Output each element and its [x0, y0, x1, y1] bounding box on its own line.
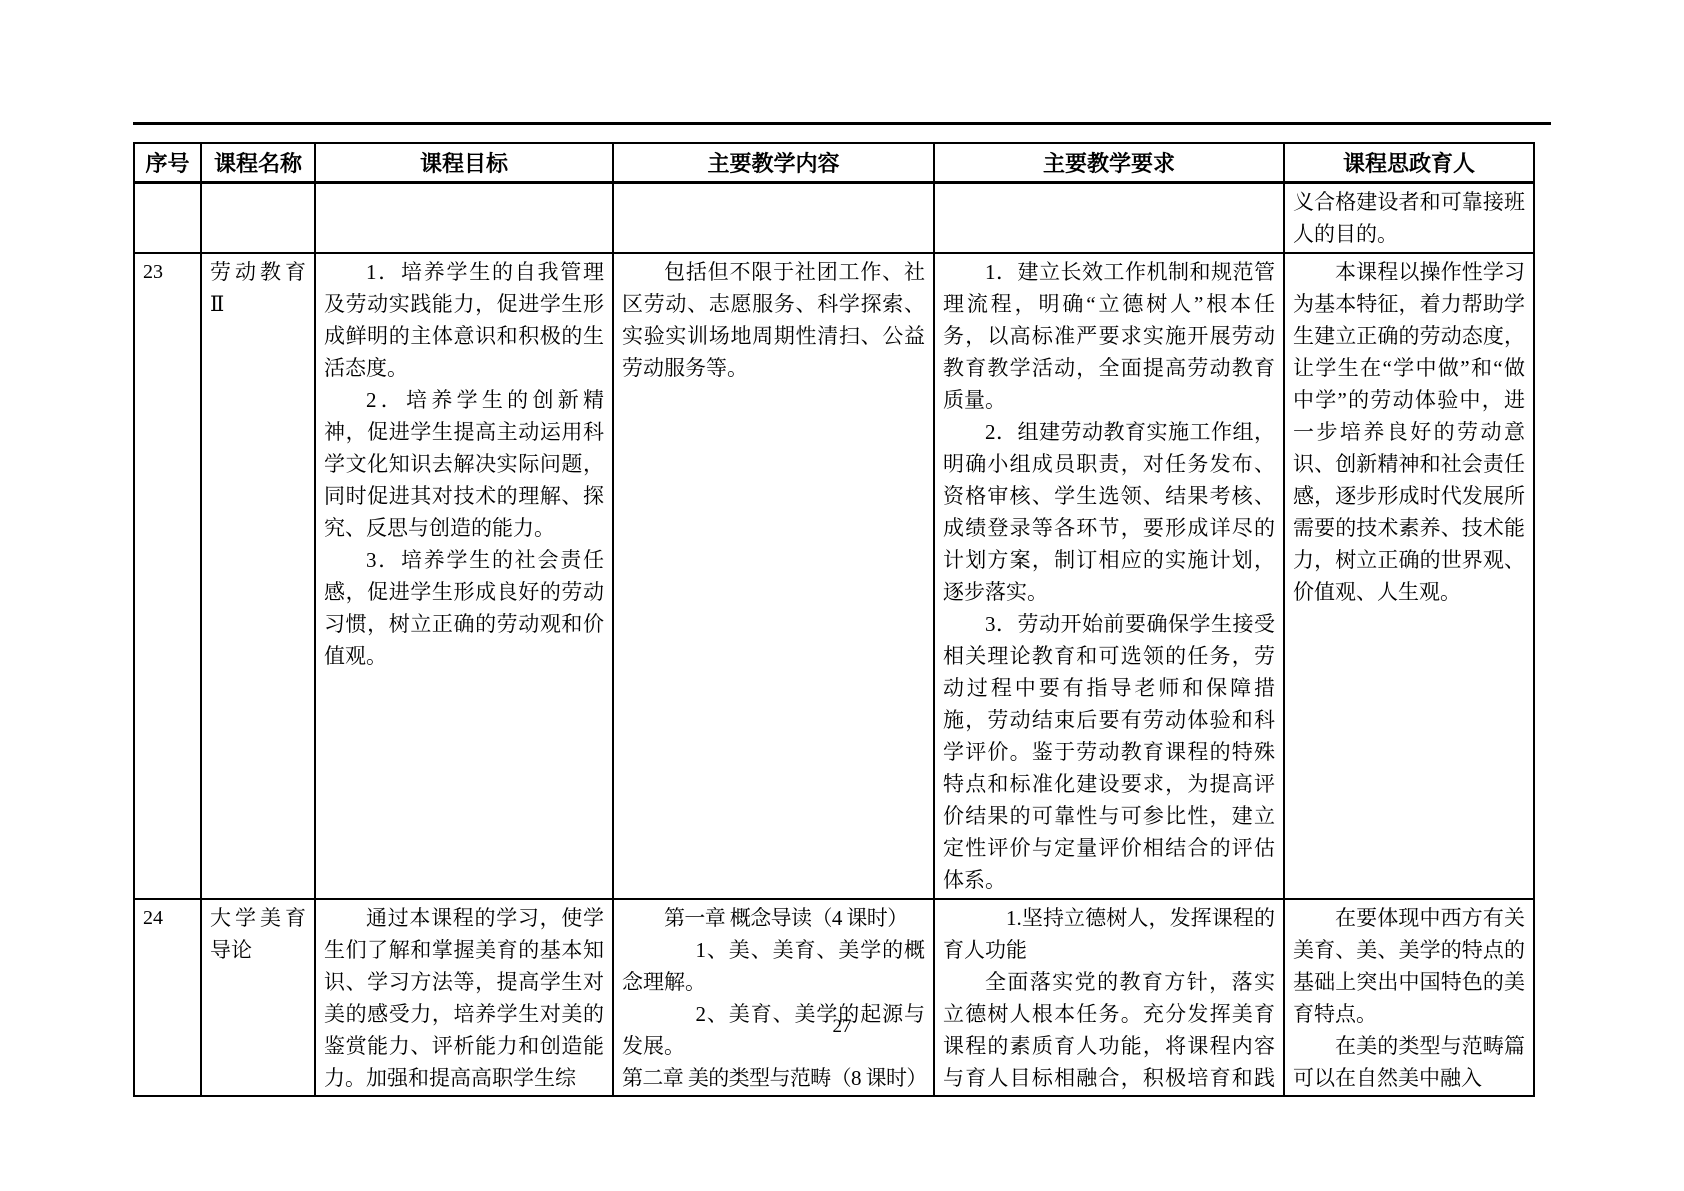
cell-23-requirements: 1．建立长效工作机制和规范管理流程，明确“立德树人”根本任务，以高标准严要求实施…: [934, 253, 1284, 899]
page-header-rule: [133, 122, 1551, 125]
cell-23-content: 包括但不限于社团工作、社区劳动、志愿服务、科学探索、实验实训场地周期性清扫、公益…: [613, 253, 934, 899]
chapter-heading: 第一章 概念导读（4 课时）: [622, 902, 925, 934]
cell-24-name: 大学美育导论: [201, 899, 315, 1096]
col-header-course-name: 课程名称: [201, 143, 315, 183]
cell-23-objectives: 1．培养学生的自我管理及劳动实践能力，促进学生形成鲜明的主体意识和积极的生活态度…: [315, 253, 613, 899]
paragraph: 在美的类型与范畴篇可以在自然美中融入: [1293, 1030, 1525, 1093]
cell-23-ideology: 本课程以操作性学习为基本特征，着力帮助学生建立正确的劳动态度，让学生在“学中做”…: [1284, 253, 1534, 899]
paragraph: 3．培养学生的社会责任感，促进学生形成良好的劳动习惯，树立正确的劳动观和价值观。: [324, 544, 604, 672]
col-header-objectives: 课程目标: [315, 143, 613, 183]
cell-23-seq: 23: [134, 253, 201, 899]
cell-cont-name: [201, 183, 315, 254]
cell-23-name: 劳动教育Ⅱ: [201, 253, 315, 899]
table-header-row: 序号 课程名称 课程目标 主要教学内容 主要教学要求 课程思政育人: [134, 143, 1534, 183]
cell-24-seq: 24: [134, 899, 201, 1096]
paragraph: 2．组建劳动教育实施工作组，明确小组成员职责，对任务发布、资格审核、学生选领、结…: [943, 416, 1275, 608]
paragraph: 通过本课程的学习，使学生们了解和掌握美育的基本知识、学习方法等，提高学生对美的感…: [324, 902, 604, 1093]
paragraph: 本课程以操作性学习为基本特征，着力帮助学生建立正确的劳动态度，让学生在“学中做”…: [1293, 256, 1525, 608]
col-header-requirements: 主要教学要求: [934, 143, 1284, 183]
cell-cont-content: [613, 183, 934, 254]
table-row-24: 24 大学美育导论 通过本课程的学习，使学生们了解和掌握美育的基本知识、学习方法…: [134, 899, 1534, 1096]
table-row-continuation: 义合格建设者和可靠接班人的目的。: [134, 183, 1534, 254]
cell-cont-requirements: [934, 183, 1284, 254]
table-row-23: 23 劳动教育Ⅱ 1．培养学生的自我管理及劳动实践能力，促进学生形成鲜明的主体意…: [134, 253, 1534, 899]
paragraph: 在要体现中西方有关美育、美、美学的特点的基础上突出中国特色的美育特点。: [1293, 902, 1525, 1030]
paragraph: 1．培养学生的自我管理及劳动实践能力，促进学生形成鲜明的主体意识和积极的生活态度…: [324, 256, 604, 384]
course-name: 劳动教育Ⅱ: [210, 256, 306, 320]
cell-cont-objectives: [315, 183, 613, 254]
paragraph: 1、美、美育、美学的概念理解。: [622, 934, 925, 998]
cell-24-content: 第一章 概念导读（4 课时） 1、美、美育、美学的概念理解。 2、美育、美学的起…: [613, 899, 934, 1096]
paragraph: 义合格建设者和可靠接班人的目的。: [1293, 186, 1525, 250]
paragraph: 包括但不限于社团工作、社区劳动、志愿服务、科学探索、实验实训场地周期性清扫、公益…: [622, 256, 925, 384]
paragraph: 3．劳动开始前要确保学生接受相关理论教育和可选领的任务，劳动过程中要有指导老师和…: [943, 608, 1275, 896]
row-number: 24: [143, 902, 192, 934]
col-header-seq: 序号: [134, 143, 201, 183]
cell-24-requirements: 1.坚持立德树人，发挥课程的育人功能 全面落实党的教育方针，落实立德树人根本任务…: [934, 899, 1284, 1096]
paragraph: 1.坚持立德树人，发挥课程的育人功能: [943, 902, 1275, 966]
course-table: 序号 课程名称 课程目标 主要教学内容 主要教学要求 课程思政育人 义合格建设者…: [133, 142, 1535, 1097]
cell-24-objectives: 通过本课程的学习，使学生们了解和掌握美育的基本知识、学习方法等，提高学生对美的感…: [315, 899, 613, 1096]
row-number: 23: [143, 256, 192, 288]
col-header-content: 主要教学内容: [613, 143, 934, 183]
cell-24-ideology: 在要体现中西方有关美育、美、美学的特点的基础上突出中国特色的美育特点。 在美的类…: [1284, 899, 1534, 1096]
paragraph: 1．建立长效工作机制和规范管理流程，明确“立德树人”根本任务，以高标准严要求实施…: [943, 256, 1275, 416]
cell-cont-seq: [134, 183, 201, 254]
col-header-ideology: 课程思政育人: [1284, 143, 1534, 183]
page-number: 27: [0, 1016, 1684, 1038]
course-name: 大学美育导论: [210, 902, 306, 966]
cell-cont-ideology: 义合格建设者和可靠接班人的目的。: [1284, 183, 1534, 254]
chapter-heading: 第二章 美的类型与范畴（8 课时）: [622, 1062, 925, 1093]
paragraph: 2．培养学生的创新精神，促进学生提高主动运用科学文化知识去解决实际问题，同时促进…: [324, 384, 604, 544]
